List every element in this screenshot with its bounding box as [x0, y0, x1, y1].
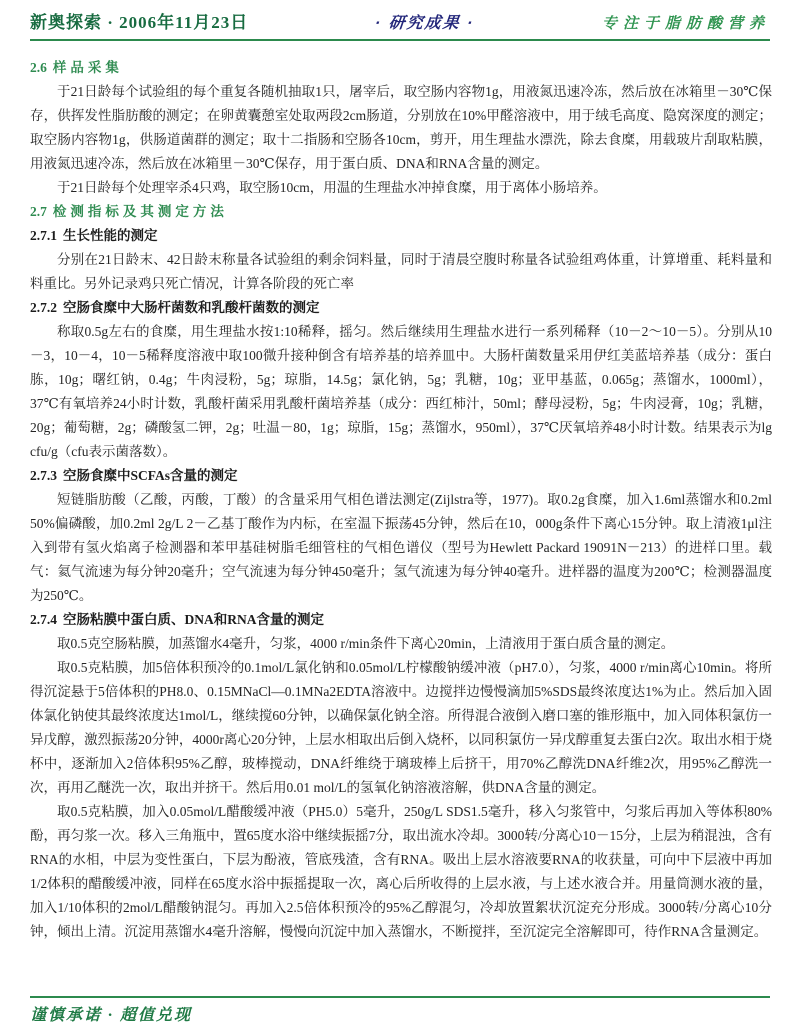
document-page: 新奥探索 · 2006年11月23日 · 研究成果 · 专注于脂肪酸营养 2.6… [0, 0, 800, 1031]
section-heading-2-7-2: 2.7.2空肠食糜中大肠杆菌数和乳酸杆菌数的测定 [30, 296, 772, 320]
section-number: 2.7.2 [30, 300, 57, 315]
section-title: 空肠食糜中SCFAs含量的测定 [63, 468, 238, 483]
section-heading-2-7: 2.7检测指标及其测定方法 [30, 200, 772, 224]
masthead-title-date: 新奥探索 · 2006年11月23日 [30, 8, 248, 33]
section-title: 空肠食糜中大肠杆菌数和乳酸杆菌数的测定 [63, 300, 320, 315]
section-number: 2.7.3 [30, 468, 57, 483]
slogan-bottom: 谨慎承诺 · 超值兑现 [30, 1007, 192, 1024]
section-heading-2-6: 2.6样品采集 [30, 56, 772, 80]
slogan-top: 专注于脂肪酸营养 [602, 12, 770, 33]
paragraph: 取0.5克粘膜，加5倍体积预冷的0.1mol/L氯化钠和0.05mol/L柠檬酸… [30, 656, 772, 800]
page-footer: 谨慎承诺 · 超值兑现 [30, 996, 770, 1025]
paragraph: 分别在21日龄末、42日龄末称量各试验组的剩余饲料量，同时于清晨空腹时称量各试验… [30, 248, 772, 296]
paragraph: 称取0.5g左右的食糜，用生理盐水按1:10稀释，摇匀。然后继续用生理盐水进行一… [30, 320, 772, 464]
section-heading-2-7-4: 2.7.4空肠粘膜中蛋白质、DNA和RNA含量的测定 [30, 608, 772, 632]
section-heading-2-7-1: 2.7.1生长性能的测定 [30, 224, 772, 248]
section-title: 样品采集 [53, 60, 123, 75]
section-title: 空肠粘膜中蛋白质、DNA和RNA含量的测定 [63, 612, 324, 627]
section-number: 2.7.1 [30, 228, 57, 243]
document-body: 2.6样品采集 于21日龄每个试验组的每个重复各随机抽取1只，屠宰后，取空肠内容… [30, 56, 772, 944]
section-title: 检测指标及其测定方法 [53, 204, 228, 219]
column-title: · 研究成果 · [374, 10, 476, 33]
section-number: 2.6 [30, 60, 47, 75]
paragraph: 取0.5克空肠粘膜，加蒸馏水4毫升，匀浆，4000 r/min条件下离心20mi… [30, 632, 772, 656]
paragraph: 取0.5克粘膜，加入0.05mol/L醋酸缓冲液（PH5.0）5毫升，250g/… [30, 800, 772, 944]
paragraph: 于21日龄每个试验组的每个重复各随机抽取1只，屠宰后，取空肠内容物1g，用液氮迅… [30, 80, 772, 176]
page-header: 新奥探索 · 2006年11月23日 · 研究成果 · 专注于脂肪酸营养 [30, 8, 770, 41]
paragraph: 短链脂肪酸（乙酸，丙酸，丁酸）的含量采用气相色谱法测定(Zijlstra等，19… [30, 488, 772, 608]
section-heading-2-7-3: 2.7.3空肠食糜中SCFAs含量的测定 [30, 464, 772, 488]
section-number: 2.7.4 [30, 612, 57, 627]
section-title: 生长性能的测定 [63, 228, 158, 243]
section-number: 2.7 [30, 204, 47, 219]
paragraph: 于21日龄每个处理宰杀4只鸡，取空肠10cm，用温的生理盐水冲掉食糜，用于离体小… [30, 176, 772, 200]
